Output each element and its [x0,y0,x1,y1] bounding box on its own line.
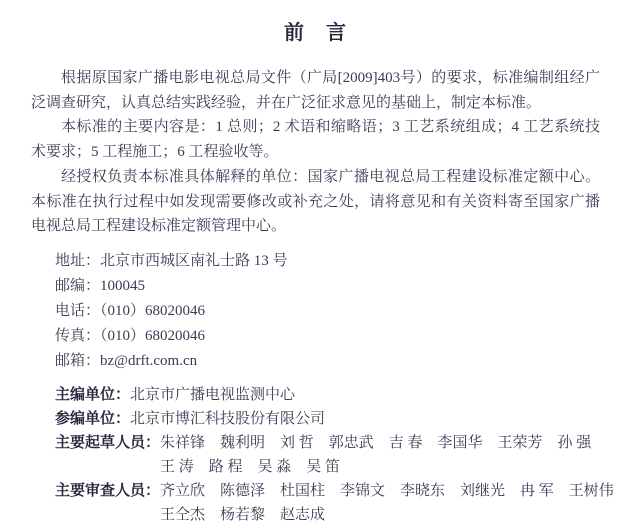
credit-row-drafters: 主要起草人员： 朱祥锋 魏利明 刘 哲 郭忠武 吉 春 李国华 王荣芳 孙 强 … [55,431,600,479]
credit-row-co-editor: 参编单位： 北京市博汇科技股份有限公司 [55,407,600,431]
contact-value-fax: （010）68020046 [100,328,205,344]
contact-row-postcode: 邮编：100045 [55,274,600,299]
preface-paragraphs: 根据原国家广播电影电视总局文件（广局[2009]403号）的要求，标准编制组经广… [31,66,600,239]
document-page: 前 言 根据原国家广播电影电视总局文件（广局[2009]403号）的要求，标准编… [0,0,637,525]
credit-line: 王仝杰 杨若黎 赵志成 [160,503,614,525]
contact-label-fax: 传真： [55,328,100,344]
credit-line: 王 涛 路 程 吴 淼 吴 笛 [160,455,600,479]
credit-label-drafters: 主要起草人员： [55,431,160,455]
credit-values: 北京市博汇科技股份有限公司 [130,407,600,431]
credit-row-chief-editor: 主编单位： 北京市广播电视监测中心 [55,383,600,407]
paragraph-interpretation: 经授权负责本标准具体解释的单位：国家广播电视总局工程建设标准定额中心。本标准在执… [31,165,600,239]
paragraph-basis: 根据原国家广播电影电视总局文件（广局[2009]403号）的要求，标准编制组经广… [31,66,600,115]
contact-row-phone: 电话：（010）68020046 [55,299,600,324]
contact-row-email: 邮箱：bz@drft.com.cn [55,349,600,374]
credit-line: 北京市博汇科技股份有限公司 [130,407,600,431]
contact-label-email: 邮箱： [55,353,100,369]
page-title: 前 言 [31,16,600,45]
credit-label-co-editor: 参编单位： [55,407,130,431]
credit-line: 齐立欣 陈德泽 杜国柱 李锦文 李晓东 刘继光 冉 军 王树伟 [160,479,614,503]
contact-label-phone: 电话： [55,303,100,319]
contact-value-address: 北京市西城区南礼士路 13 号 [100,253,288,269]
credit-values: 朱祥锋 魏利明 刘 哲 郭忠武 吉 春 李国华 王荣芳 孙 强 王 涛 路 程 … [160,431,600,479]
contact-value-phone: （010）68020046 [100,303,205,319]
credit-values: 北京市广播电视监测中心 [130,383,600,407]
credit-values: 齐立欣 陈德泽 杜国柱 李锦文 李晓东 刘继光 冉 军 王树伟 王仝杰 杨若黎 … [160,479,614,525]
contact-value-email: bz@drft.com.cn [100,353,197,369]
paragraph-contents: 本标准的主要内容是：1 总则；2 术语和缩略语；3 工艺系统组成；4 工艺系统技… [31,115,600,164]
credit-label-chief-editor: 主编单位： [55,383,130,407]
credit-line: 北京市广播电视监测中心 [130,383,600,407]
contact-label-postcode: 邮编： [55,278,100,294]
contact-label-address: 地址： [55,253,100,269]
contact-block: 地址：北京市西城区南礼士路 13 号 邮编：100045 电话：（010）680… [31,249,600,374]
credit-row-reviewers: 主要审查人员： 齐立欣 陈德泽 杜国柱 李锦文 李晓东 刘继光 冉 军 王树伟 … [55,479,600,525]
contact-row-address: 地址：北京市西城区南礼士路 13 号 [55,249,600,274]
contact-row-fax: 传真：（010）68020046 [55,324,600,349]
credits-block: 主编单位： 北京市广播电视监测中心 参编单位： 北京市博汇科技股份有限公司 主要… [31,383,600,525]
credit-line: 朱祥锋 魏利明 刘 哲 郭忠武 吉 春 李国华 王荣芳 孙 强 [160,431,600,455]
contact-value-postcode: 100045 [100,278,145,294]
credit-label-reviewers: 主要审查人员： [55,479,160,503]
